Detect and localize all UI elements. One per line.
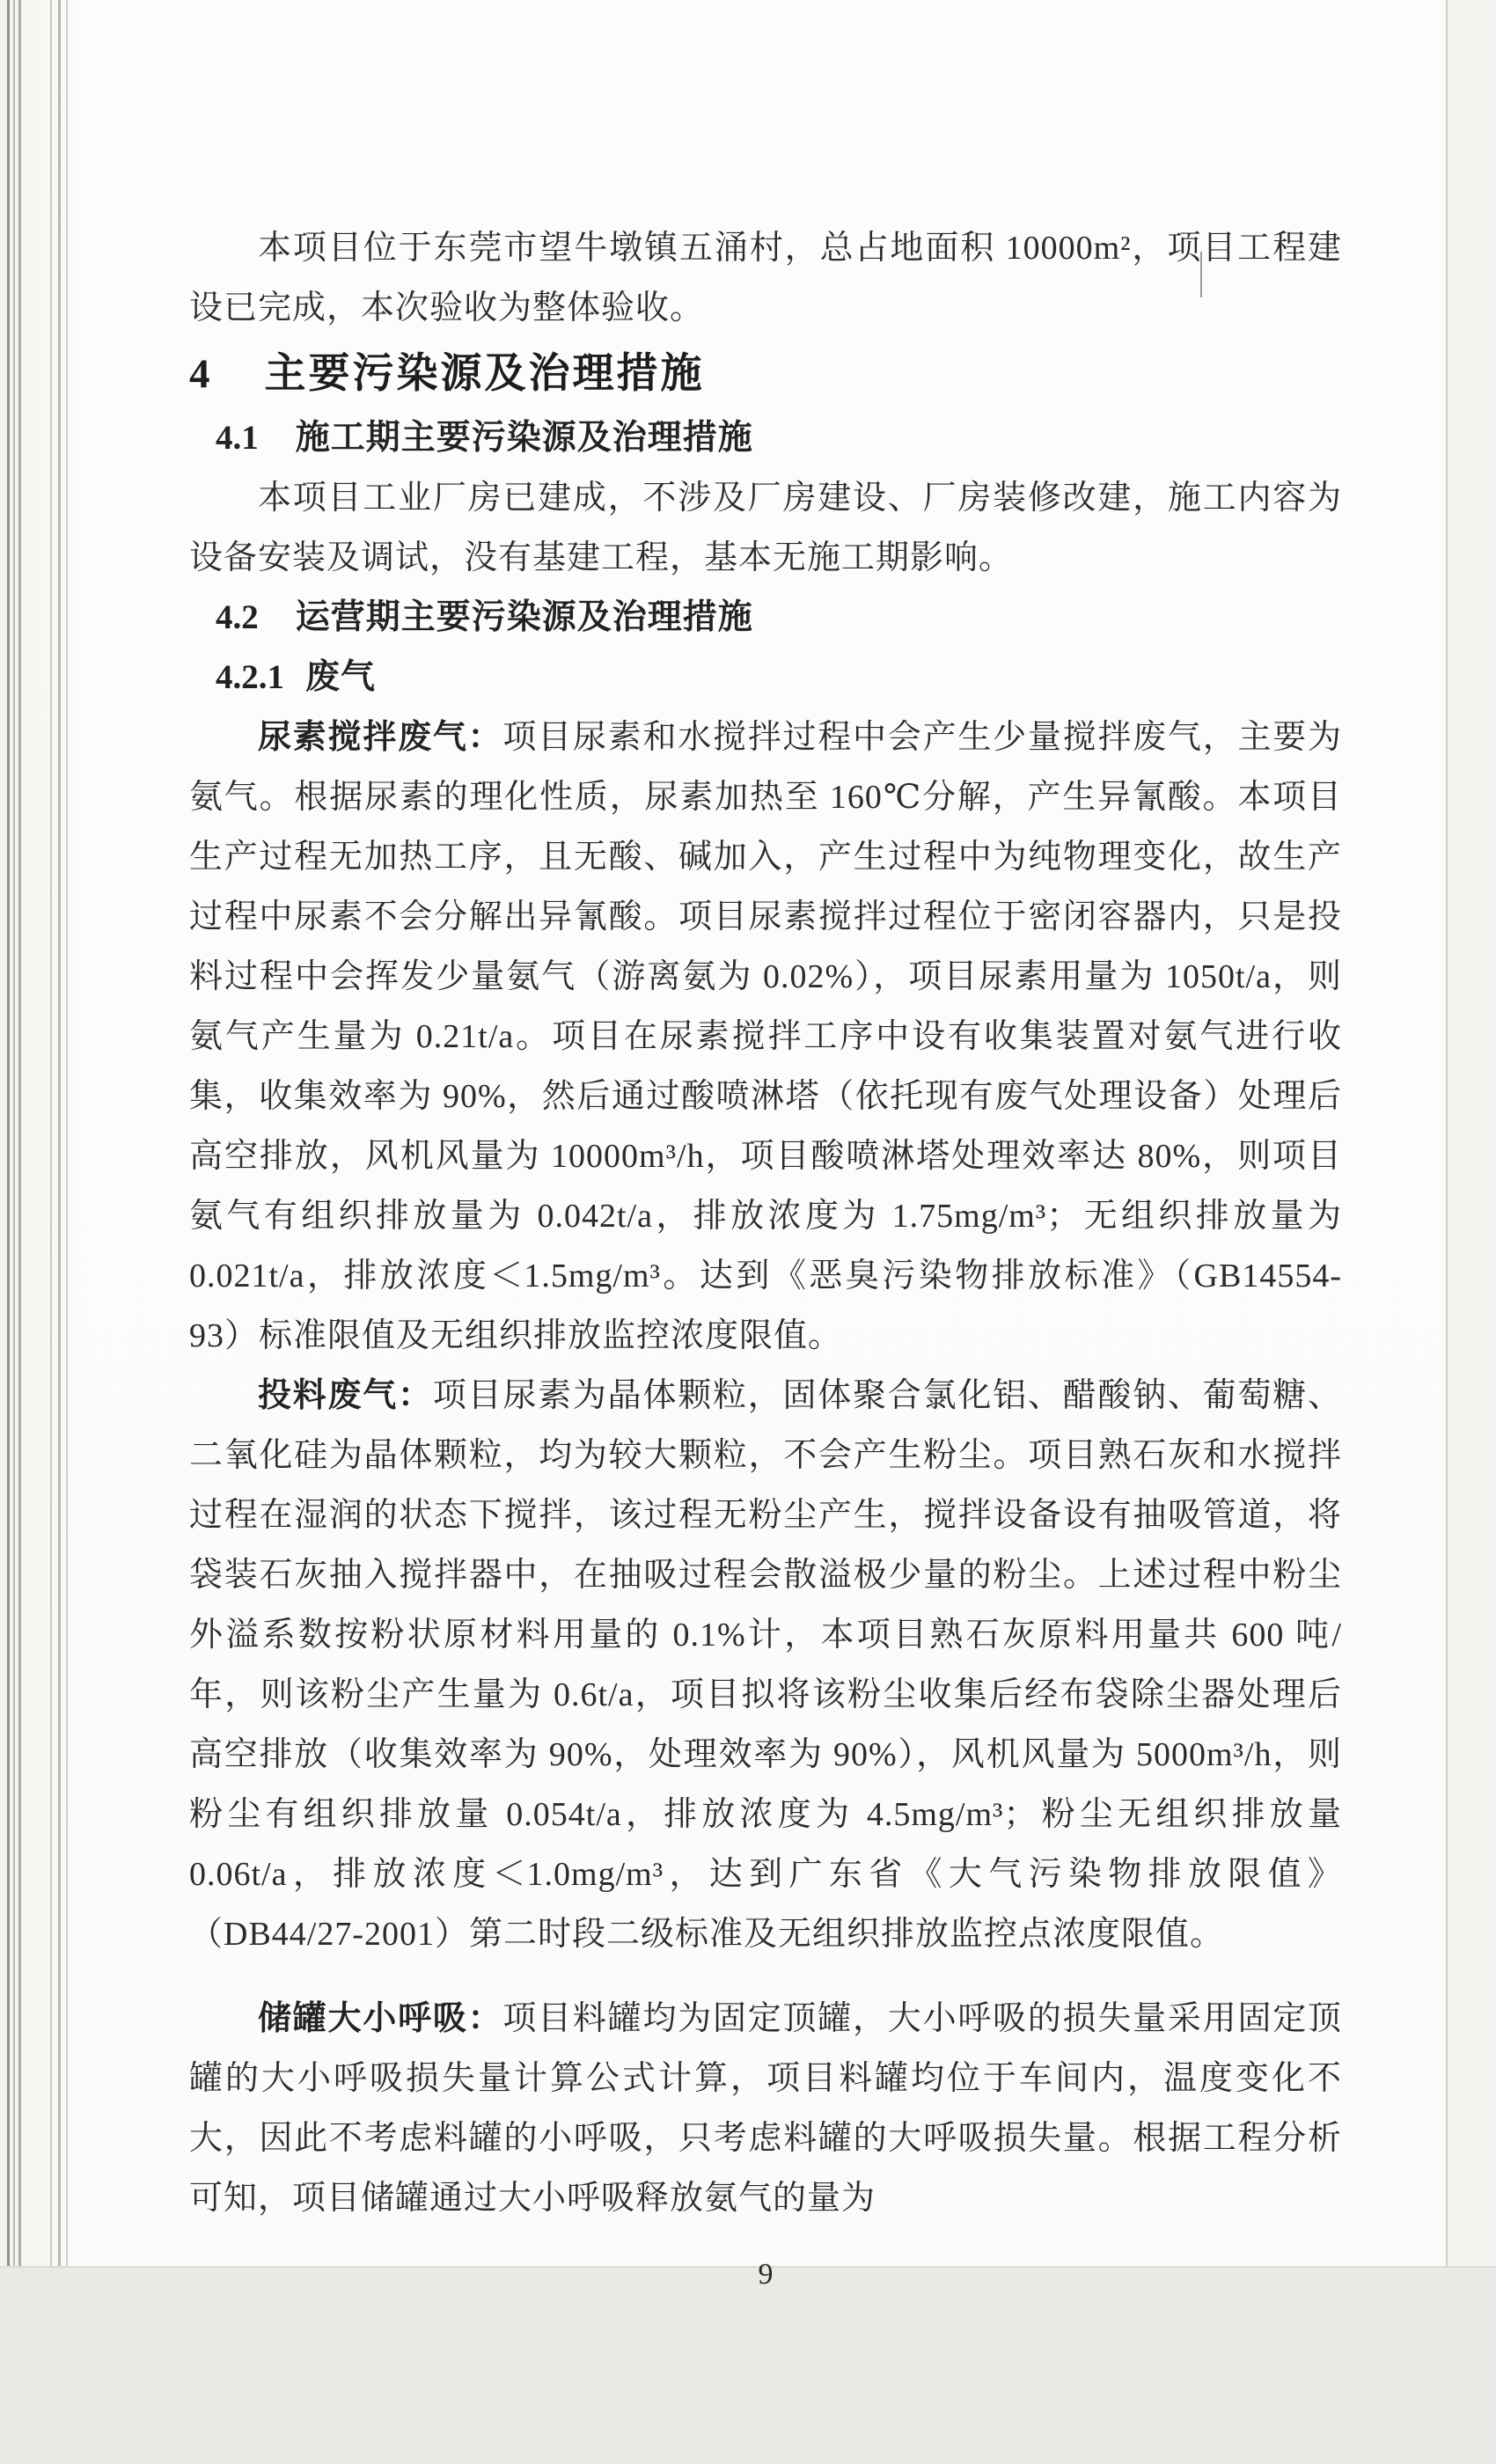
page-number: 9 (189, 2258, 1342, 2292)
binding-stripe (58, 0, 61, 2464)
scan-right-edge-line (1446, 0, 1448, 2464)
paragraph-urea-mixing-exhaust: 尿素搅拌废气：项目尿素和水搅拌过程中会产生少量搅拌废气，主要为氨气。根据尿素的理… (189, 708, 1342, 1366)
paragraph-feeding-lead: 投料废气： (258, 1377, 433, 1414)
binding-stripe (18, 0, 21, 2464)
intro-paragraph: 本项目位于东莞市望牛墩镇五涌村，总占地面积 10000m²，项目工程建设已完成，… (189, 218, 1342, 338)
section-4-1-number: 4.1 (216, 419, 259, 457)
paragraph-tank-lead: 储罐大小呼吸： (258, 2000, 502, 2037)
binding-stripe (13, 0, 15, 2464)
section-4-2-1-title: 废气 (305, 658, 376, 696)
scan-right-margin (1448, 0, 1496, 2464)
paragraph-urea-lead: 尿素搅拌废气： (258, 719, 502, 756)
section-4-2-number: 4.2 (216, 598, 259, 636)
section-4-1-paragraph-text: 本项目工业厂房已建成，不涉及厂房建设、厂房装修改建，施工内容为设备安装及调试，没… (189, 480, 1342, 576)
intro-paragraph-text: 本项目位于东莞市望牛墩镇五涌村，总占地面积 10000m²，项目工程建设已完成，… (189, 230, 1342, 326)
paragraph-feeding-exhaust: 投料废气：项目尿素为晶体颗粒，固体聚合氯化铝、醋酸钠、葡萄糖、二氧化硅为晶体颗粒… (189, 1366, 1342, 1964)
section-4-number: 4 (189, 351, 210, 397)
section-4-heading: 4主要污染源及治理措施 (189, 340, 1342, 408)
paragraph-feeding-text: 项目尿素为晶体颗粒，固体聚合氯化铝、醋酸钠、葡萄糖、二氧化硅为晶体颗粒，均为较大… (189, 1377, 1342, 1953)
paragraph-urea-text: 项目尿素和水搅拌过程中会产生少量搅拌废气，主要为氨气。根据尿素的理化性质，尿素加… (189, 719, 1342, 1354)
document-page: 本项目位于东莞市望牛墩镇五涌村，总占地面积 10000m²，项目工程建设已完成，… (0, 0, 1496, 2464)
binding-stripe (7, 0, 10, 2464)
binding-stripe (50, 0, 52, 2464)
section-4-1-paragraph: 本项目工业厂房已建成，不涉及厂房建设、厂房装修改建，施工内容为设备安装及调试，没… (189, 468, 1342, 588)
section-4-1-title: 施工期主要污染源及治理措施 (296, 419, 753, 457)
binding-stripe (66, 0, 68, 2464)
section-4-title: 主要污染源及治理措施 (265, 351, 705, 397)
scanner-bottom-band (0, 2266, 1496, 2464)
scan-binding-edge (0, 0, 97, 2464)
section-4-2-heading: 4.2运营期主要污染源及治理措施 (216, 588, 1342, 648)
section-4-2-1-heading: 4.2.1废气 (216, 648, 1342, 708)
paragraph-tank-breathing: 储罐大小呼吸：项目料罐均为固定顶罐，大小呼吸的损失量采用固定顶罐的大小呼吸损失量… (189, 1989, 1342, 2228)
page-content: 本项目位于东莞市望牛墩镇五涌村，总占地面积 10000m²，项目工程建设已完成，… (189, 218, 1342, 2292)
section-4-2-title: 运营期主要污染源及治理措施 (296, 598, 753, 636)
section-4-1-heading: 4.1施工期主要污染源及治理措施 (216, 408, 1342, 468)
section-4-2-1-number: 4.2.1 (216, 658, 284, 696)
